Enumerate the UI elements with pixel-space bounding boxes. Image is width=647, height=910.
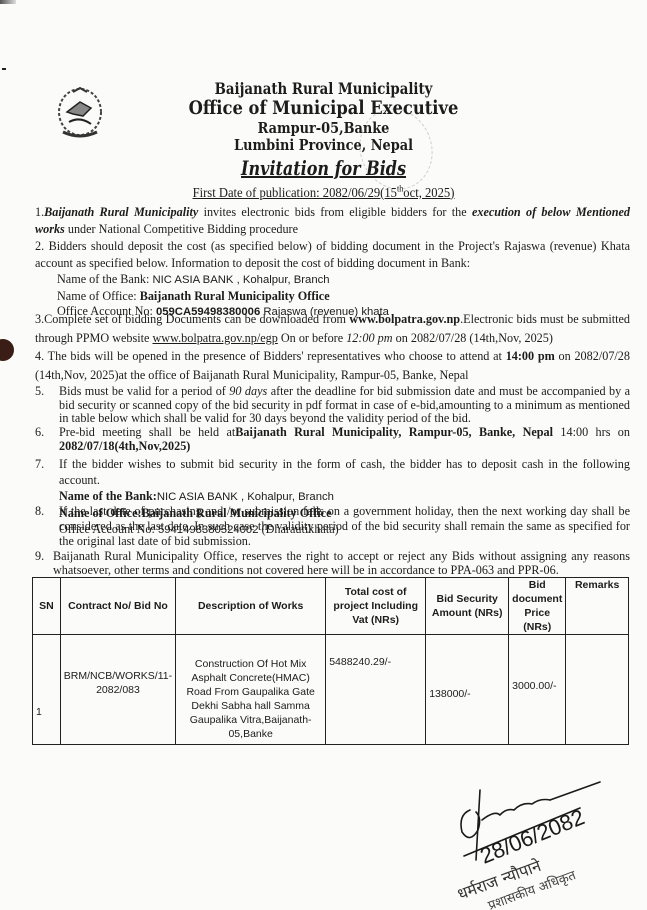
clause-6-date: 2082/07/18(4th,Nov,2025): [59, 439, 190, 453]
clause-3-text-3: On or before: [278, 331, 346, 345]
header-total-cost: Total cost of project Including Vat (NRs…: [326, 578, 426, 635]
header-sn: SN: [33, 578, 61, 635]
cell-bid-security: 138000/-: [426, 635, 509, 745]
cell-contract-no: BRM/NCB/WORKS/11-2082/083: [60, 635, 175, 745]
clause-7-body: 7.If the bidder wishes to submit bid sec…: [35, 456, 630, 488]
scan-mark: [2, 68, 6, 70]
address-line-2: Lumbini Province, Nepal: [45, 136, 601, 154]
clause-8-text: If the last date of purchasing and /or s…: [59, 504, 630, 548]
clause-6: 6.Pre-bid meeting shall be held atBaijan…: [35, 425, 630, 453]
clause-9-text: Baijanath Rural Municipality Office, res…: [53, 549, 630, 577]
clause-2-text: 2. Bidders should deposit the cost (as s…: [35, 238, 630, 272]
publication-date: First Date of publication: 2082/06/29(15…: [32, 183, 614, 202]
clause-1-text-2: under National Competitive Bidding proce…: [65, 222, 298, 236]
clause-1: 1.Baijanath Rural Municipality invites e…: [35, 204, 630, 238]
clause-8: 8.If the last date of purchasing and /or…: [35, 504, 630, 549]
cell-description: Construction Of Hot Mix Asphalt Concrete…: [176, 635, 326, 745]
clause-3-text-1: 3.Complete set of bidding Documents can …: [35, 312, 349, 326]
clause-6-num: 6.: [35, 425, 44, 439]
punch-hole: [0, 339, 14, 361]
scan-edge-shadow: [0, 0, 16, 4]
publication-date-text: First Date of publication: 2082/06/29(15…: [193, 186, 455, 201]
clause-5-body: 5.Bids must be valid for a period of 90 …: [35, 385, 630, 426]
clause-8-num: 8.: [35, 504, 44, 519]
municipality-name: Baijanath Rural Municipality: [45, 79, 601, 98]
bids-table: SN Contract No/ Bid No Description of Wo…: [32, 577, 629, 745]
header-description: Description of Works: [176, 578, 326, 635]
address-line-1: Rampur-05,Banke: [45, 119, 601, 137]
clause-1-text-1: invites electronic bids from eligible bi…: [198, 205, 472, 219]
clause-9: 9.Baijanath Rural Municipality Office, r…: [35, 549, 630, 577]
clause-4-text-1: 4. The bids will be opened in the presen…: [35, 349, 506, 363]
clause-5-text-1: Bids must be valid for a period of: [59, 384, 229, 398]
clause-2-bank-value: NIC ASIA BANK , Kohalpur, Branch: [152, 274, 329, 286]
header-remarks: Remarks: [566, 578, 629, 635]
clause-2-bank-line: Name of the Bank: NIC ASIA BANK , Kohalp…: [35, 272, 630, 289]
clause-9-num: 9.: [35, 549, 44, 563]
clause-6-place: Baijanath Rural Municipality, Rampur-05,…: [235, 425, 553, 439]
clause-5-num: 5.: [35, 385, 44, 399]
clause-6-text-1: Pre-bid meeting shall be held at: [59, 425, 235, 439]
clause-3-time: 12:00 pm: [346, 331, 392, 345]
signature-block: 28/06/2082 धर्मराज न्यौपाने प्रशासकीय अध…: [440, 770, 640, 910]
clause-7-num: 7.: [35, 456, 44, 472]
egp-link[interactable]: www.bolpatra.gov.np/egp: [152, 331, 277, 345]
document-title: Invitation for Bids: [65, 156, 583, 180]
clause-6-body: 6.Pre-bid meeting shall be held atBaijan…: [35, 425, 630, 453]
title-text: Invitation for Bids: [241, 156, 406, 180]
clause-4-time: 14:00 pm: [506, 349, 555, 363]
clause-7-bank-value: NIC ASIA BANK , Kohalpur, Branch: [157, 491, 334, 503]
clause-2-office-label: Name of Office:: [57, 289, 140, 303]
clause-4: 4. The bids will be opened in the presen…: [35, 347, 630, 385]
clause-7-bank-label: Name of the Bank:: [59, 489, 157, 503]
cell-doc-price: 3000.00/-: [509, 635, 566, 745]
clause-3-text-4: on 2082/07/28 (14th,Nov, 2025): [393, 331, 553, 345]
header-bid-security: Bid Security Amount (NRs): [426, 578, 509, 635]
clause-2: 2. Bidders should deposit the cost (as s…: [35, 238, 630, 321]
header-doc-price: Bid document Price (NRs): [509, 578, 566, 635]
clause-1-num: 1.: [35, 205, 44, 219]
clause-7-text: If the bidder wishes to submit bid secur…: [59, 457, 630, 487]
clause-2-office-value: Baijanath Rural Municipality Office: [140, 289, 330, 303]
clause-9-body: 9.Baijanath Rural Municipality Office, r…: [35, 549, 630, 577]
clause-3: 3.Complete set of bidding Documents can …: [35, 310, 630, 348]
cell-remarks: [566, 635, 629, 745]
cell-sn: 1: [33, 635, 61, 745]
clause-7-bank-line: Name of the Bank:NIC ASIA BANK , Kohalpu…: [35, 488, 630, 505]
clause-2-office-line: Name of Office: Baijanath Rural Municipa…: [35, 289, 630, 305]
clause-8-body: 8.If the last date of purchasing and /or…: [35, 504, 630, 549]
clause-5-days: 90 days: [229, 384, 267, 398]
table-row: 1 BRM/NCB/WORKS/11-2082/083 Construction…: [33, 635, 629, 745]
clause-6-text-2: 14:00 hrs on: [553, 425, 630, 439]
publication-prefix: First Date of publication: 2082/06/29(15: [193, 186, 397, 201]
publication-suffix: oct, 2025): [403, 186, 454, 201]
clause-5: 5.Bids must be valid for a period of 90 …: [35, 385, 630, 426]
clause-1-org: Baijanath Rural Municipality: [44, 205, 198, 219]
office-name: Office of Municipal Executive: [45, 97, 601, 119]
header-contract-no: Contract No/ Bid No: [60, 578, 175, 635]
clause-2-bank-label: Name of the Bank:: [57, 272, 152, 286]
bolpatra-site-link[interactable]: www.bolpatra.gov.np: [349, 312, 460, 326]
cell-total-cost: 5488240.29/-: [326, 635, 426, 745]
table-header-row: SN Contract No/ Bid No Description of Wo…: [33, 578, 629, 635]
